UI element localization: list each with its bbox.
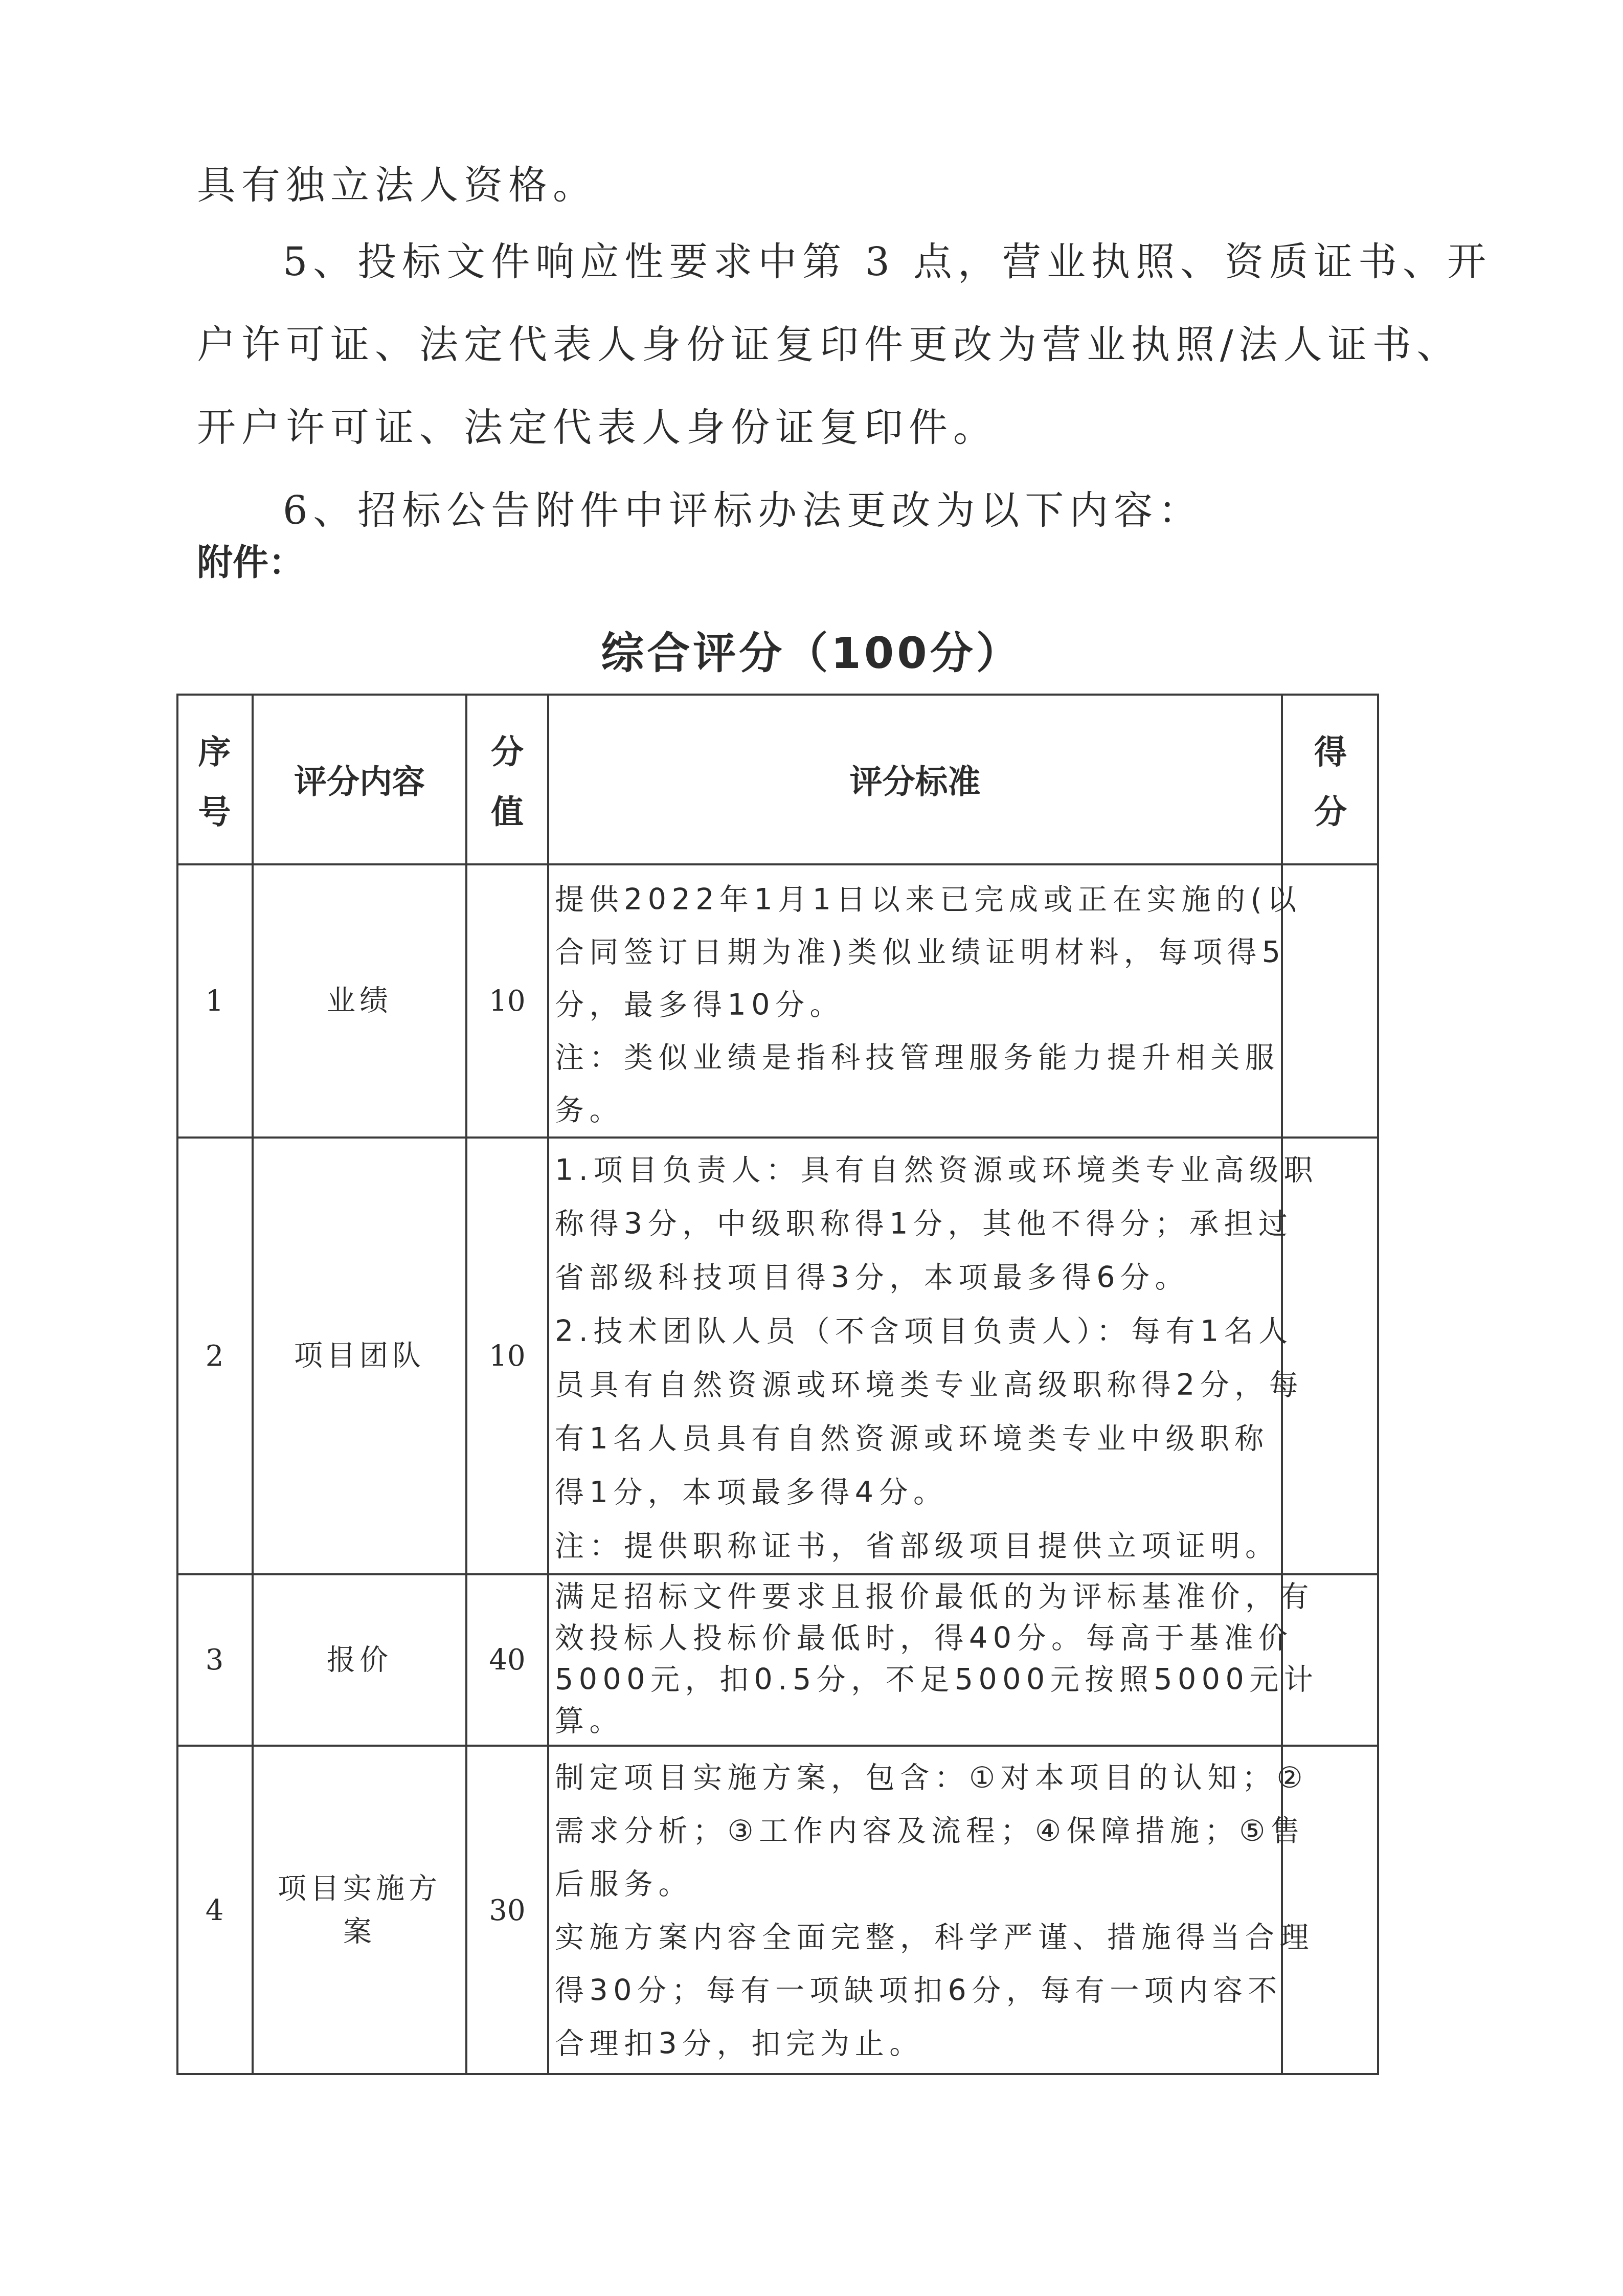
row-4-content-line-1: 项目实施方 bbox=[278, 1867, 441, 1910]
criteria-line: 分，最多得10分。 bbox=[555, 979, 1286, 1032]
criteria-line: 需求分析；③工作内容及流程；④保障措施；⑤售 bbox=[555, 1804, 1286, 1858]
header-criteria: 评分标准 bbox=[548, 694, 1282, 864]
criteria-line: 员具有自然资源或环境类专业高级职称得2分，每 bbox=[555, 1358, 1286, 1412]
header-value-char-1: 分 bbox=[491, 726, 524, 773]
row-1-score-field[interactable] bbox=[1282, 864, 1379, 1138]
paragraph-line-1: 具有独立法人资格。 bbox=[197, 143, 1434, 227]
criteria-line: 提供2022年1月1日以来已完成或正在实施的(以 bbox=[555, 874, 1286, 926]
header-score: 得 分 bbox=[1282, 694, 1379, 864]
row-4-criteria: 制定项目实施方案，包含：①对本项目的认知；② 需求分析；③工作内容及流程；④保障… bbox=[555, 1751, 1286, 2070]
row-3-criteria: 满足招标文件要求且报价最低的为评标基准价，有 效投标人投标价最低时，得40分。每… bbox=[555, 1576, 1286, 1742]
criteria-line: 有1名人员具有自然资源或环境类专业中级职称 bbox=[555, 1412, 1286, 1466]
header-seq: 序 号 bbox=[176, 694, 253, 864]
attachment-label: 附件： bbox=[197, 532, 304, 593]
criteria-line: 务。 bbox=[555, 1084, 1286, 1137]
criteria-line: 得1分，本项最多得4分。 bbox=[555, 1466, 1286, 1520]
header-content-label: 评分内容 bbox=[294, 755, 425, 803]
header-score-char-1: 得 bbox=[1314, 726, 1347, 773]
row-2-seq: 2 bbox=[176, 1138, 253, 1574]
criteria-line: 1.项目负责人：具有自然资源或环境类专业高级职 bbox=[555, 1144, 1286, 1197]
row-3-score-field[interactable] bbox=[1282, 1574, 1379, 1746]
criteria-line: 制定项目实施方案，包含：①对本项目的认知；② bbox=[555, 1751, 1286, 1804]
paragraph-item-5-line-1: 5、投标文件响应性要求中第 3 点，营业执照、资质证书、开 bbox=[283, 220, 1520, 304]
row-2-content: 项目团队 bbox=[253, 1138, 466, 1574]
row-4-content-line-2: 案 bbox=[343, 1910, 376, 1953]
scoring-table: 序 号 评分内容 分 值 评分标准 得 分 1 业绩 10 提供2022年1月1… bbox=[176, 694, 1379, 2075]
row-2-criteria: 1.项目负责人：具有自然资源或环境类专业高级职 称得3分，中级职称得1分，其他不… bbox=[555, 1144, 1286, 1573]
row-1-value: 10 bbox=[466, 864, 548, 1138]
criteria-line: 实施方案内容全面完整，科学严谨、措施得当合理 bbox=[555, 1911, 1286, 1964]
criteria-line: 满足招标文件要求且报价最低的为评标基准价，有 bbox=[555, 1576, 1286, 1618]
paragraph-item-6: 6、招标公告附件中评标办法更改为以下内容： bbox=[283, 469, 1520, 552]
criteria-line: 注：提供职称证书，省部级项目提供立项证明。 bbox=[555, 1520, 1286, 1573]
header-seq-char-2: 号 bbox=[198, 786, 231, 833]
criteria-line: 省部级科技项目得3分，本项最多得6分。 bbox=[555, 1251, 1286, 1305]
criteria-line: 5000元，扣0.5分，不足5000元按照5000元计 bbox=[555, 1659, 1286, 1701]
row-3-seq: 3 bbox=[176, 1574, 253, 1746]
row-3-content: 报价 bbox=[253, 1574, 466, 1746]
row-1-criteria: 提供2022年1月1日以来已完成或正在实施的(以 合同签订日期为准)类似业绩证明… bbox=[555, 874, 1286, 1137]
criteria-line: 称得3分，中级职称得1分，其他不得分；承担过 bbox=[555, 1197, 1286, 1251]
criteria-line: 效投标人投标价最低时，得40分。每高于基准价 bbox=[555, 1618, 1286, 1659]
criteria-line: 合同签订日期为准)类似业绩证明材料，每项得5 bbox=[555, 926, 1286, 979]
criteria-line: 后服务。 bbox=[555, 1858, 1286, 1911]
paragraph-item-5-line-3: 开户许可证、法定代表人身份证复印件。 bbox=[197, 386, 1434, 470]
table-title: 综合评分（100分） bbox=[0, 619, 1623, 681]
paragraph-item-5-line-2: 户许可证、法定代表人身份证复印件更改为营业执照/法人证书、 bbox=[197, 303, 1434, 387]
criteria-line: 注：类似业绩是指科技管理服务能力提升相关服 bbox=[555, 1032, 1286, 1084]
row-4-score-field[interactable] bbox=[1282, 1746, 1379, 2075]
criteria-line: 2.技术团队人员（不含项目负责人）：每有1名人 bbox=[555, 1305, 1286, 1358]
header-value-char-2: 值 bbox=[491, 786, 524, 833]
row-4-content: 项目实施方 案 bbox=[253, 1746, 466, 2075]
header-score-char-2: 分 bbox=[1314, 786, 1347, 833]
row-4-value: 30 bbox=[466, 1746, 548, 2075]
row-2-value: 10 bbox=[466, 1138, 548, 1574]
header-criteria-label: 评分标准 bbox=[850, 755, 981, 803]
criteria-line: 得30分；每有一项缺项扣6分，每有一项内容不 bbox=[555, 1964, 1286, 2017]
row-1-content: 业绩 bbox=[253, 864, 466, 1138]
row-3-value: 40 bbox=[466, 1574, 548, 1746]
criteria-line: 合理扣3分，扣完为止。 bbox=[555, 2017, 1286, 2070]
row-4-seq: 4 bbox=[176, 1746, 253, 2075]
header-value: 分 值 bbox=[466, 694, 548, 864]
header-seq-char-1: 序 bbox=[198, 726, 231, 773]
header-content: 评分内容 bbox=[253, 694, 466, 864]
row-2-score-field[interactable] bbox=[1282, 1138, 1379, 1574]
row-1-seq: 1 bbox=[176, 864, 253, 1138]
criteria-line: 算。 bbox=[555, 1701, 1286, 1742]
